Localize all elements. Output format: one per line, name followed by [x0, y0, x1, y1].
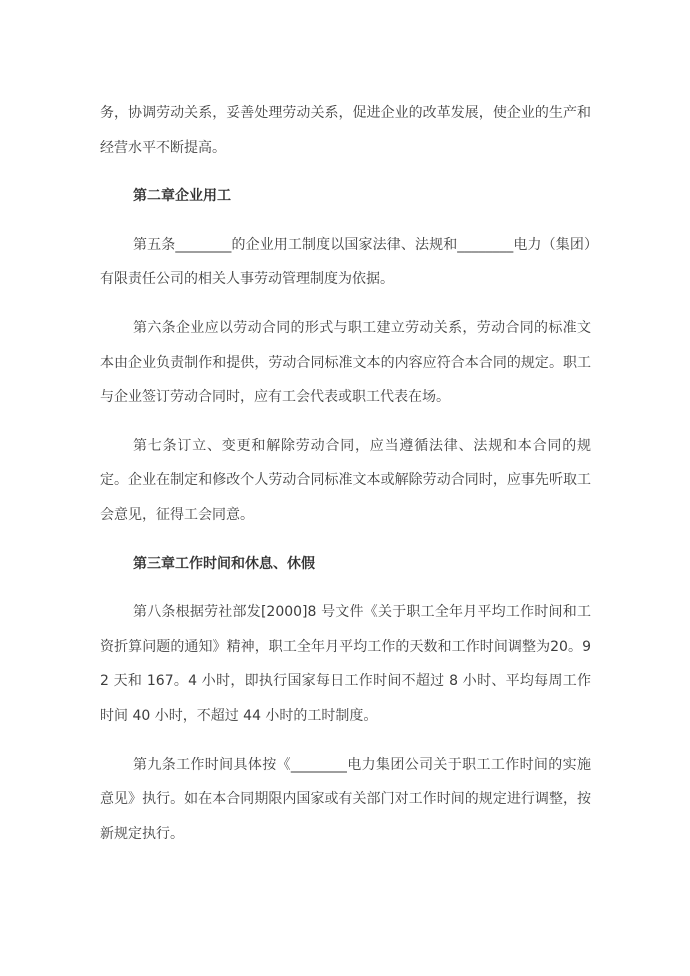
article-6-paragraph: 第六条企业应以劳动合同的形式与职工建立劳动关系，劳动合同的标准文本由企业负责制作…: [100, 311, 591, 415]
chapter-3-heading: 第三章工作时间和休息、休假: [100, 547, 591, 582]
chapter-2-heading: 第二章企业用工: [100, 179, 591, 214]
article-9-paragraph: 第九条工作时间具体按《________电力集团公司关于职工工作时间的实施意见》执…: [100, 748, 591, 852]
article-5-paragraph: 第五条________的企业用工制度以国家法律、法规和________电力（集团…: [100, 228, 591, 297]
paragraph-continuation: 务，协调劳动关系，妥善处理劳动关系，促进企业的改革发展，使企业的生产和经营水平不…: [100, 96, 591, 165]
article-8-paragraph: 第八条根据劳社部发[2000]8 号文件《关于职工全年月平均工作时间和工资折算问…: [100, 595, 591, 733]
document-content: 务，协调劳动关系，妥善处理劳动关系，促进企业的改革发展，使企业的生产和经营水平不…: [100, 96, 591, 865]
document-page: 务，协调劳动关系，妥善处理劳动关系，促进企业的改革发展，使企业的生产和经营水平不…: [0, 0, 690, 976]
document-viewer: { "page": { "background_color": "#ffffff…: [0, 0, 690, 976]
article-7-paragraph: 第七条订立、变更和解除劳动合同，应当遵循法律、法规和本合同的规定。企业在制定和修…: [100, 429, 591, 533]
